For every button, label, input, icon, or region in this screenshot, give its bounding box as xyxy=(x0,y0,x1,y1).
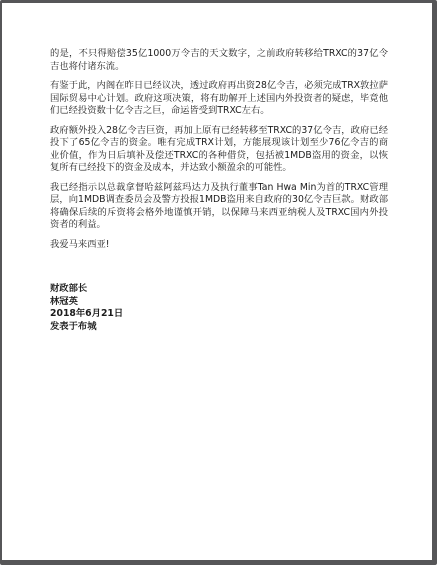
letter-body: 的是，不只得赔偿35亿1000万令吉的天文数字，之前政府转移给TRXC的37亿令… xyxy=(2,3,432,333)
signature-block: 财政部长 林冠英 2018年6月21日 发表于布城 xyxy=(50,283,388,333)
letter-paragraph-1: 的是，不只得赔偿35亿1000万令吉的天文数字，之前政府转移给TRXC的37亿令… xyxy=(50,48,388,73)
letter-closing-line: 我爱马来西亚! xyxy=(50,239,388,252)
letter-paragraph-2: 有鉴于此，内阁在昨日已经议决，透过政府再出资28亿令吉，必须完成TRX敦拉萨国际… xyxy=(50,80,388,118)
document-page: 的是，不只得赔偿35亿1000万令吉的天文数字，之前政府转移给TRXC的37亿令… xyxy=(0,0,437,565)
signature-date: 2018年6月21日 xyxy=(50,308,388,321)
signature-title: 财政部长 xyxy=(50,283,388,296)
signature-name: 林冠英 xyxy=(50,296,388,309)
letter-paragraph-3: 政府额外投入28亿令吉巨资，再加上原有已经转移至TRXC的37亿令吉，政府已经投… xyxy=(50,125,388,175)
letter-paragraph-4: 我已经指示以总裁拿督哈兹阿兹玛达力及执行董事Tan Hwa Min为首的TRXC… xyxy=(50,182,388,232)
signature-place: 发表于布城 xyxy=(50,321,388,334)
